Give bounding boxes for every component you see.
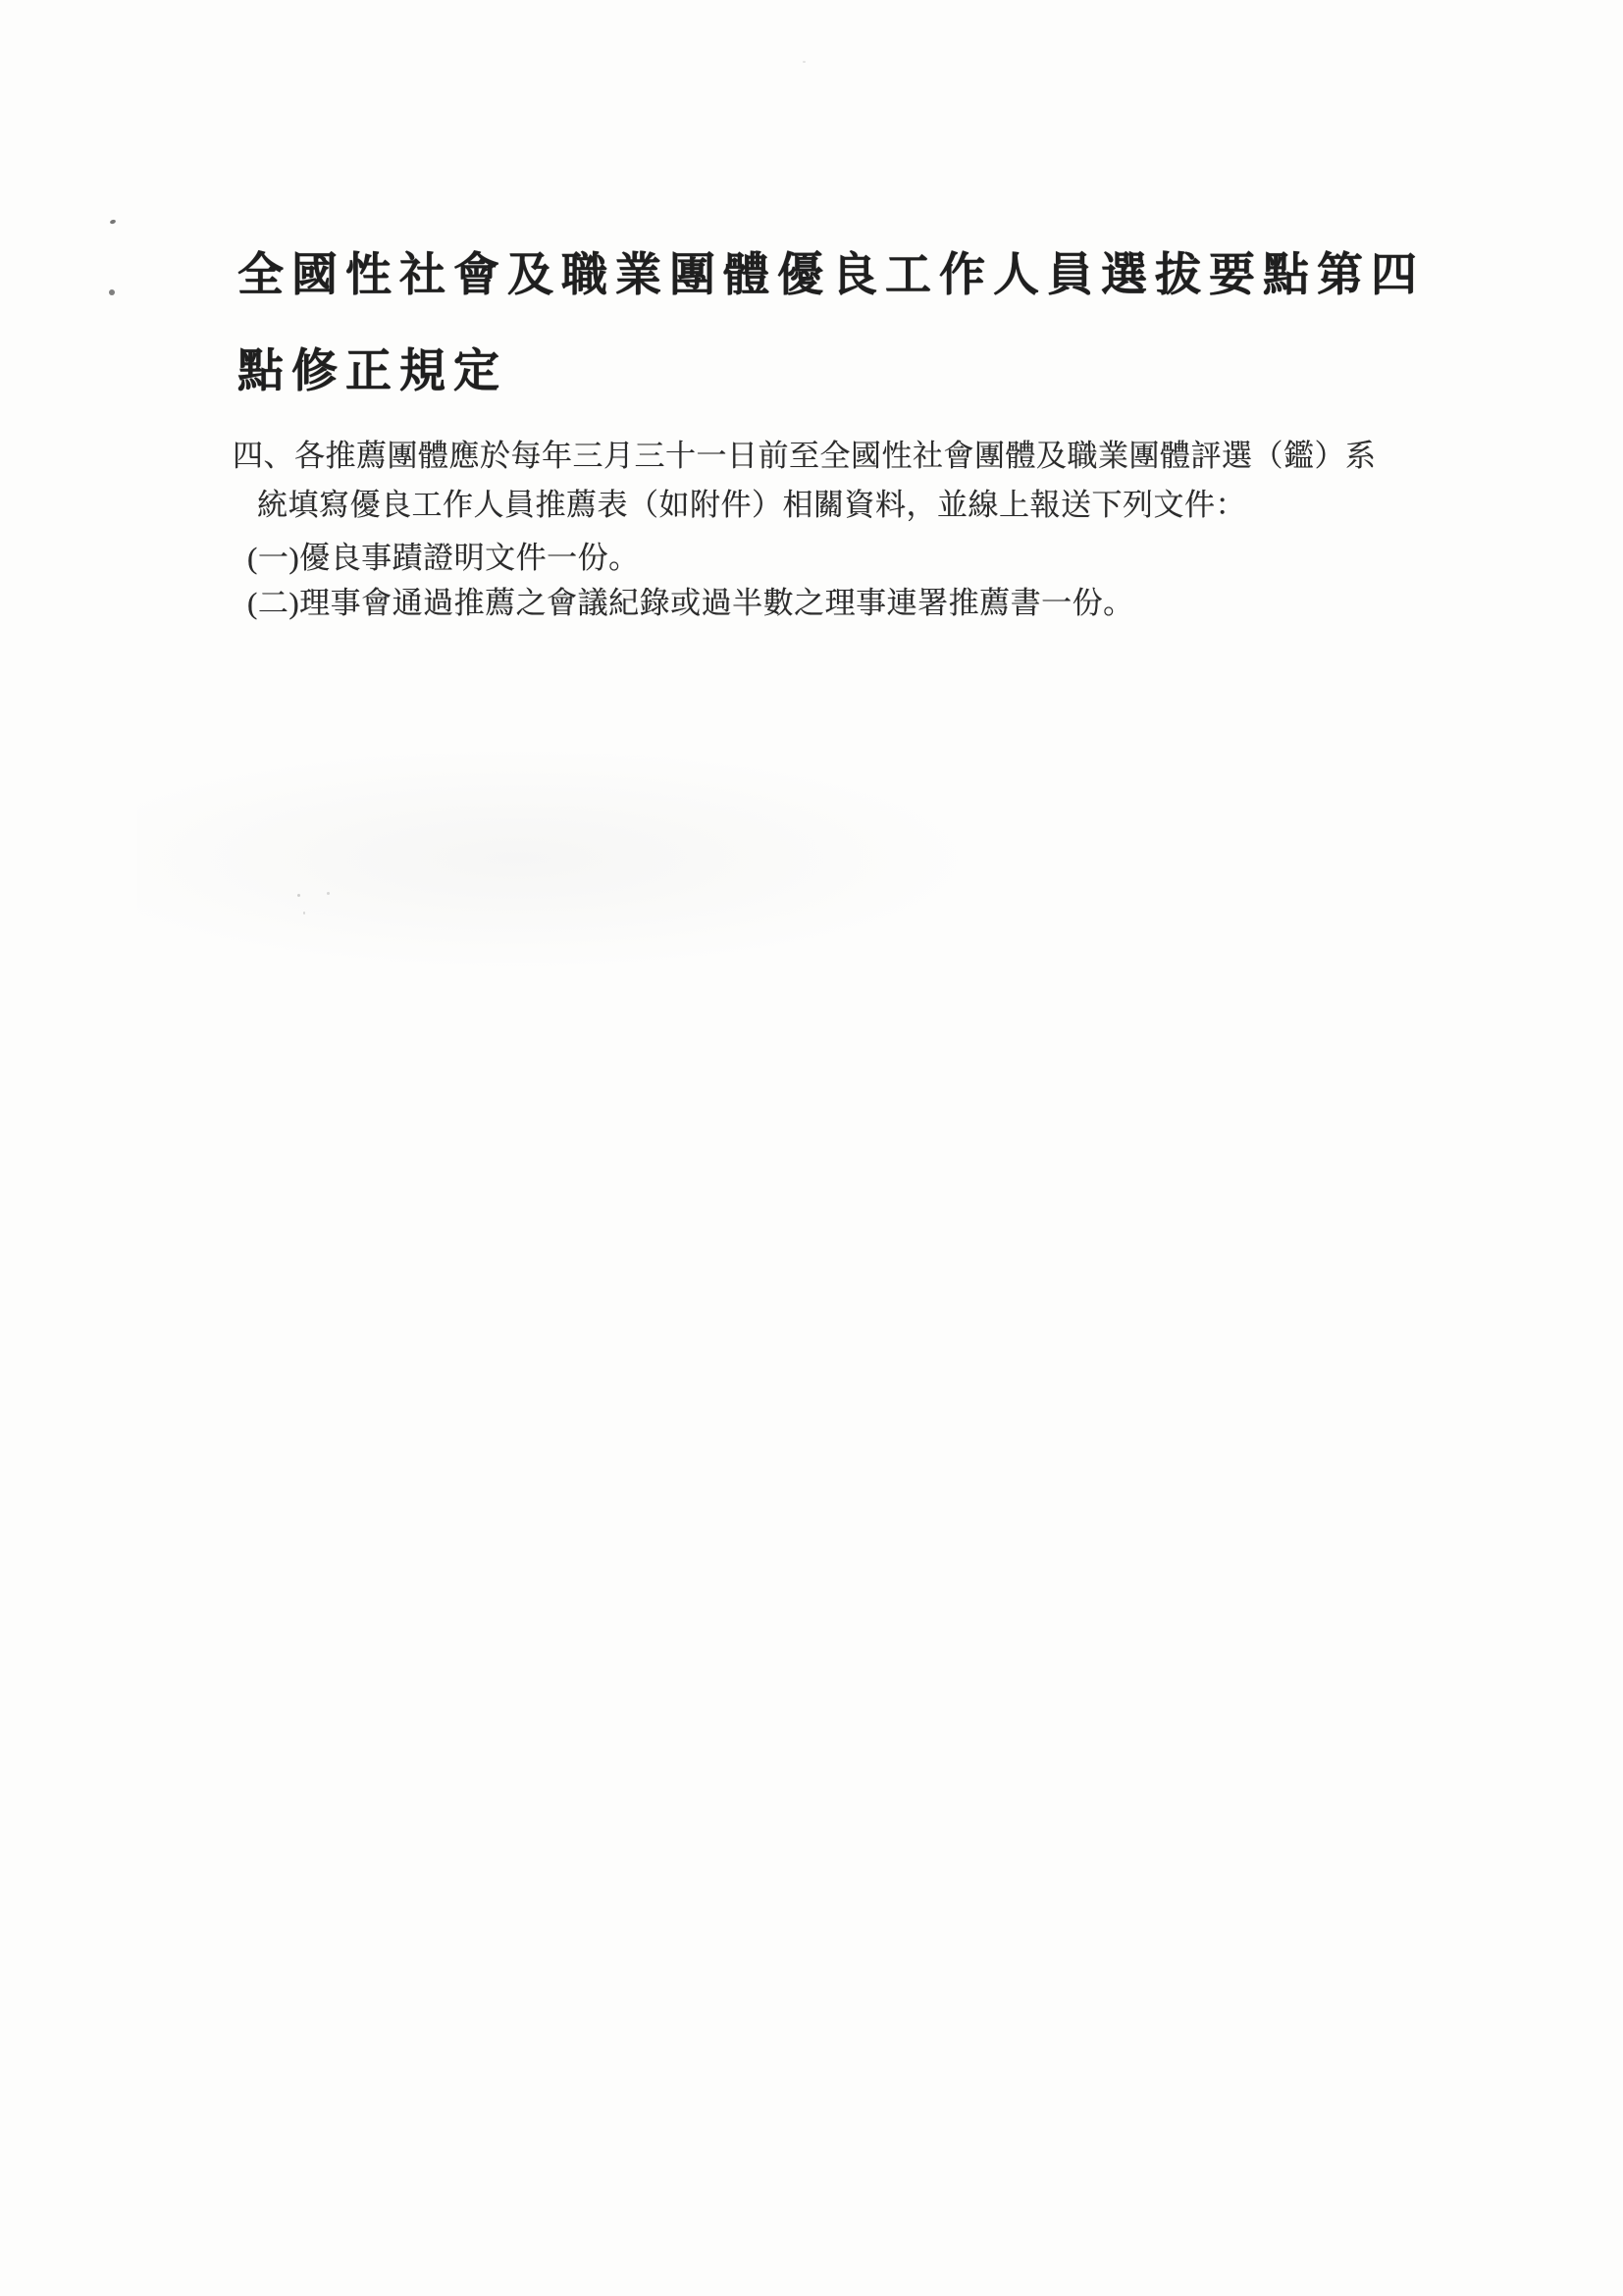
document-title-line-1: 全國性社會及職業團體優良工作人員選拔要點第四	[237, 253, 1425, 299]
scan-speck	[109, 289, 115, 295]
scan-speck	[297, 894, 300, 897]
clause-four-text-line-2: 統填寫優良工作人員推薦表（如附件）相關資料，並線上報送下列文件：	[257, 490, 1246, 520]
scan-speck	[303, 912, 305, 914]
clause-four-text-line-1: 四、各推薦團體應於每年三月三十一日前至全國性社會團體及職業團體評選（鑑）系	[233, 441, 1377, 471]
scan-speck	[109, 219, 116, 225]
clause-four-subitem-2: (二)理事會通過推薦之會議紀錄或過半數之理事連署推薦書一份。	[247, 588, 1134, 618]
scanned-document-page: 全國性社會及職業團體優良工作人員選拔要點第四 點修正規定 四、各推薦團體應於每年…	[0, 0, 1623, 2296]
scan-speck	[327, 892, 330, 895]
scan-speck	[803, 61, 806, 63]
document-title-line-2: 點修正規定	[237, 349, 507, 395]
clause-four-subitem-1: (一)優良事蹟證明文件一份。	[247, 543, 640, 573]
